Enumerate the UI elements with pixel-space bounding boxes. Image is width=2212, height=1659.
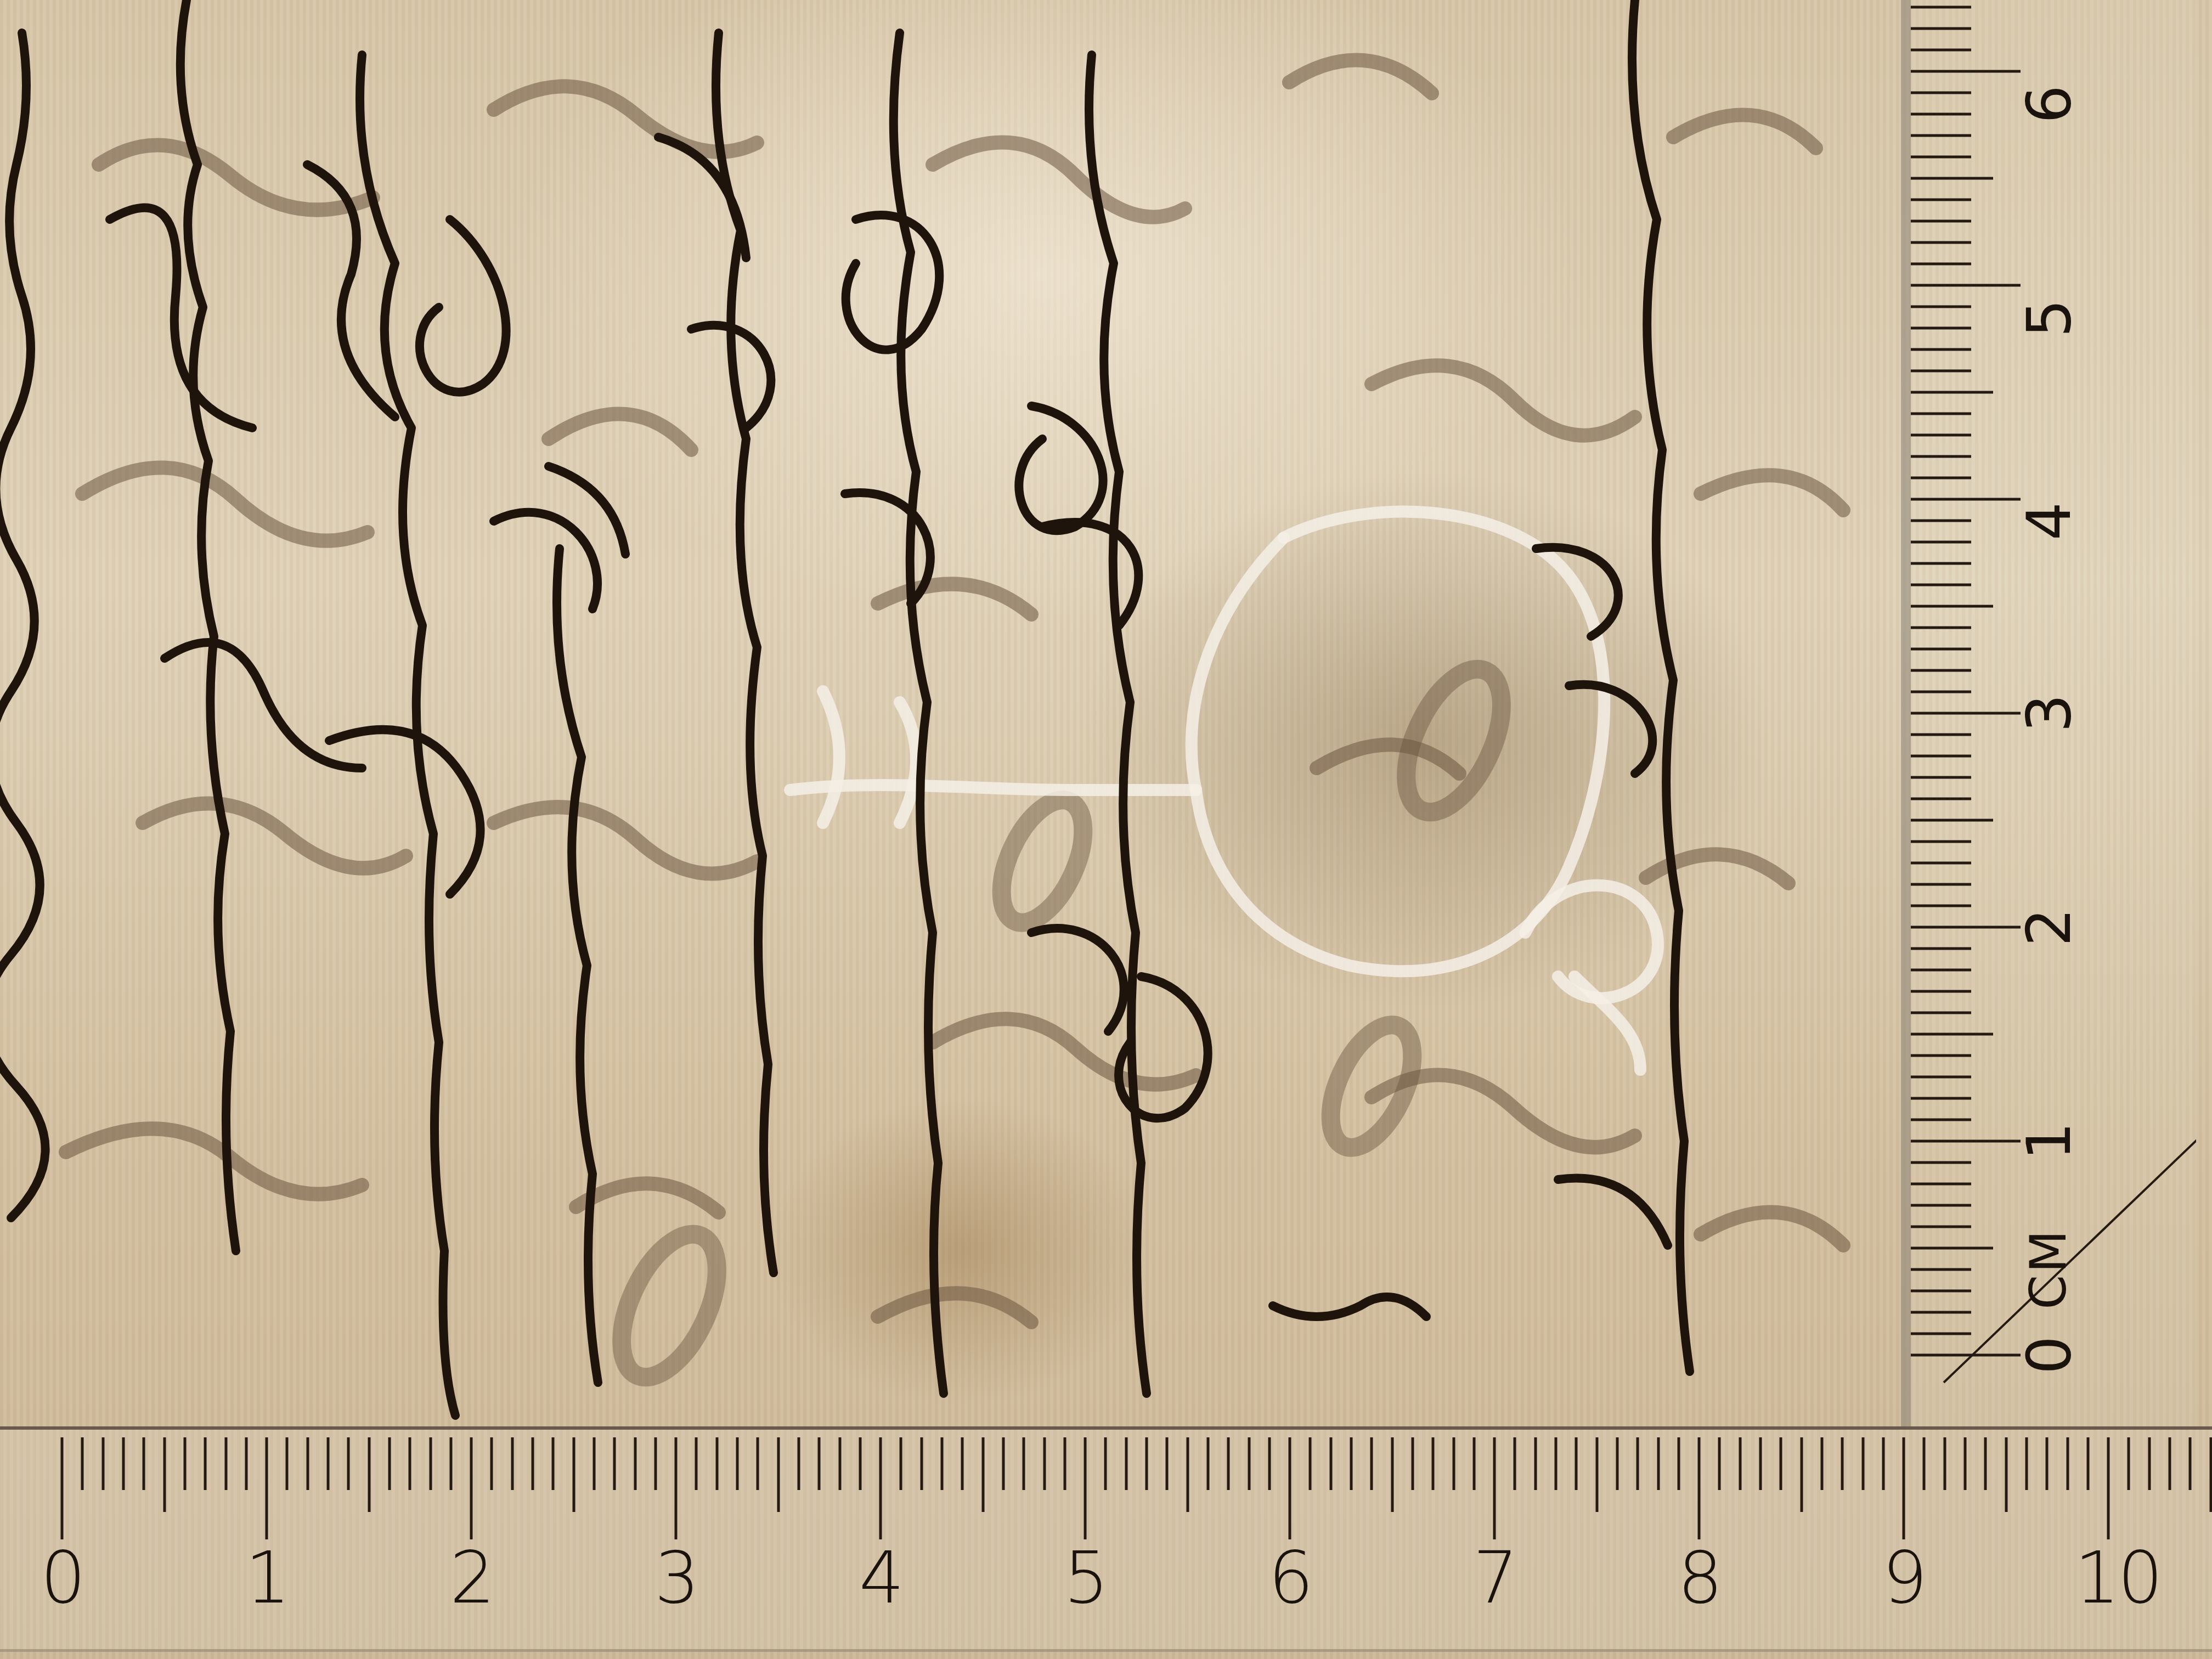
ruler-v-label-1: 1	[2014, 1122, 2084, 1160]
ruler-h-label-6: 6	[1268, 1536, 1312, 1620]
ruler-v-label-6: 6	[2014, 85, 2084, 123]
ruler-h-label-7: 7	[1473, 1536, 1516, 1620]
handwriting-ink	[0, 0, 2212, 1659]
ruler-h-label-5: 5	[1064, 1536, 1107, 1620]
ruler-v-label-2: 2	[2014, 908, 2084, 946]
ruler-h-label-9: 9	[1882, 1536, 1926, 1620]
ruler-v-label-4: 4	[2014, 502, 2084, 540]
ruler-h-label-8: 8	[1678, 1536, 1721, 1620]
ruler-h-label-0: 0	[41, 1536, 84, 1620]
ruler-h-label-4: 4	[859, 1536, 902, 1620]
ruler-v-label-5: 5	[2014, 299, 2084, 337]
ruler-h-label-1: 1	[245, 1536, 289, 1620]
ruler-v-label-3: 3	[2014, 694, 2084, 732]
ruler-h-label-10: 10	[2074, 1536, 2160, 1620]
ruler-unit-label: CM	[2020, 1228, 2078, 1310]
ruler-h-label-3: 3	[654, 1536, 698, 1620]
ruler-v-label-0: 0	[2014, 1336, 2084, 1374]
ruler-h-label-2: 2	[450, 1536, 493, 1620]
